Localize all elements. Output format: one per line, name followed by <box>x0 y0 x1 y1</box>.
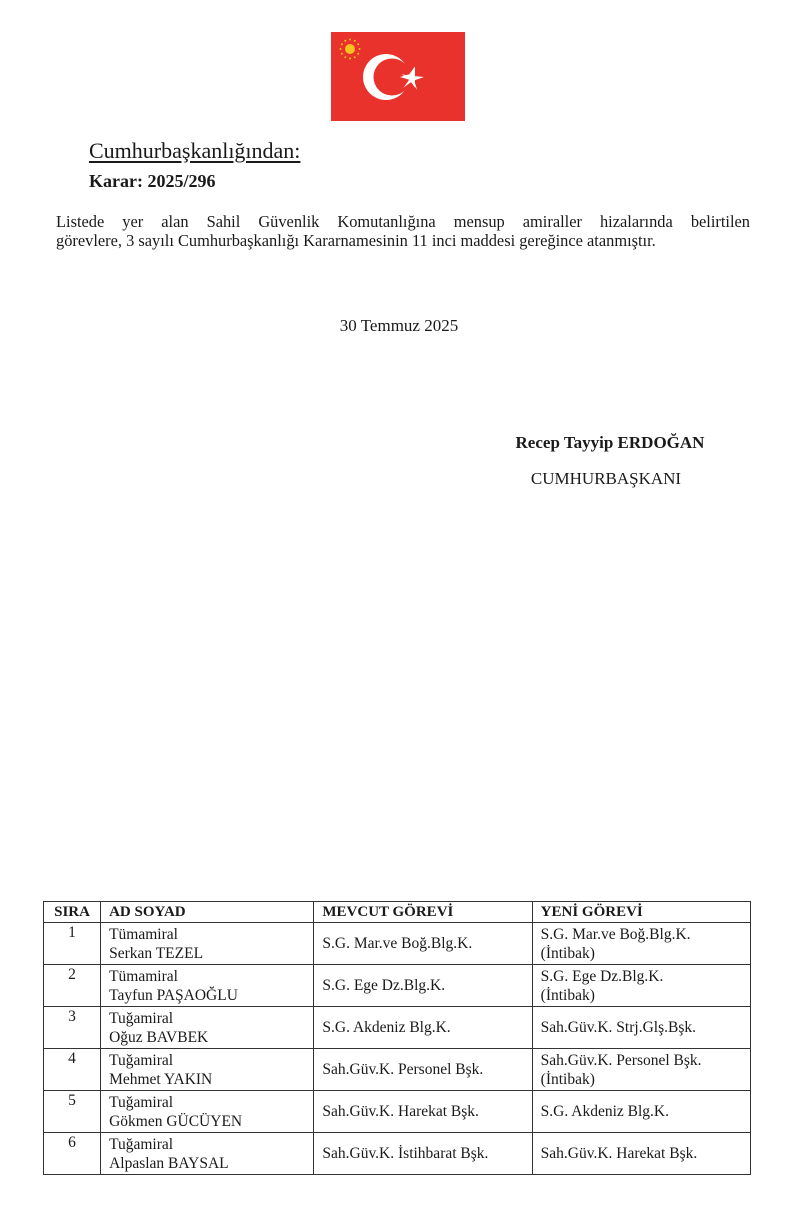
signer-title: CUMHURBAŞKANI <box>476 469 736 489</box>
header-ad-soyad: AD SOYAD <box>101 902 314 923</box>
officer-name: Mehmet YAKIN <box>109 1070 305 1089</box>
decision-number: Karar: 2025/296 <box>89 171 215 192</box>
table-row: 4 TuğamiralMehmet YAKIN Sah.Güv.K. Perso… <box>44 1049 751 1091</box>
officer-rank: Tuğamiral <box>109 1009 305 1028</box>
table-row: 5 TuğamiralGökmen GÜCÜYEN Sah.Güv.K. Har… <box>44 1091 751 1133</box>
officer-name: Tayfun PAŞAOĞLU <box>109 986 305 1005</box>
new-duty-note: (İntibak) <box>541 944 742 963</box>
row-number: 5 <box>44 1091 101 1133</box>
officer-name: Serkan TEZEL <box>109 944 305 963</box>
current-duty: Sah.Güv.K. Personel Bşk. <box>314 1049 532 1091</box>
officer-rank: Tümamiral <box>109 967 305 986</box>
officer-cell: TümamiralTayfun PAŞAOĞLU <box>101 965 314 1007</box>
header-sira: SIRA <box>44 902 101 923</box>
current-duty: S.G. Akdeniz Blg.K. <box>314 1007 532 1049</box>
new-duty-cell: S.G. Mar.ve Boğ.Blg.K.(İntibak) <box>532 923 750 965</box>
turkish-flag-icon <box>331 32 465 121</box>
current-duty: S.G. Mar.ve Boğ.Blg.K. <box>314 923 532 965</box>
officer-name: Gökmen GÜCÜYEN <box>109 1112 305 1131</box>
new-duty-cell: Sah.Güv.K. Strj.Glş.Bşk. <box>532 1007 750 1049</box>
table-row: 1 TümamiralSerkan TEZEL S.G. Mar.ve Boğ.… <box>44 923 751 965</box>
row-number: 1 <box>44 923 101 965</box>
new-duty: S.G. Mar.ve Boğ.Blg.K. <box>541 925 742 944</box>
officer-cell: TümamiralSerkan TEZEL <box>101 923 314 965</box>
row-number: 3 <box>44 1007 101 1049</box>
body-line-2: görevlere, 3 sayılı Cumhurbaşkanlığı Kar… <box>56 231 750 250</box>
table-header-row: SIRA AD SOYAD MEVCUT GÖREVİ YENİ GÖREVİ <box>44 902 751 923</box>
current-duty: Sah.Güv.K. İstihbarat Bşk. <box>314 1133 532 1175</box>
header-yeni-gorevi: YENİ GÖREVİ <box>532 902 750 923</box>
table-row: 3 TuğamiralOğuz BAVBEK S.G. Akdeniz Blg.… <box>44 1007 751 1049</box>
new-duty: S.G. Akdeniz Blg.K. <box>541 1102 742 1121</box>
new-duty-cell: S.G. Ege Dz.Blg.K.(İntibak) <box>532 965 750 1007</box>
row-number: 6 <box>44 1133 101 1175</box>
officer-rank: Tuğamiral <box>109 1093 305 1112</box>
new-duty: Sah.Güv.K. Strj.Glş.Bşk. <box>541 1018 742 1037</box>
decision-date: 30 Temmuz 2025 <box>0 316 798 336</box>
table-row: 2 TümamiralTayfun PAŞAOĞLU S.G. Ege Dz.B… <box>44 965 751 1007</box>
issuing-authority-heading: Cumhurbaşkanlığından: <box>89 138 300 164</box>
row-number: 2 <box>44 965 101 1007</box>
signer-name: Recep Tayyip ERDOĞAN <box>480 433 740 453</box>
new-duty-note: (İntibak) <box>541 1070 742 1089</box>
officer-rank: Tuğamiral <box>109 1135 305 1154</box>
header-mevcut-gorevi: MEVCUT GÖREVİ <box>314 902 532 923</box>
new-duty: S.G. Ege Dz.Blg.K. <box>541 967 742 986</box>
officer-cell: TuğamiralMehmet YAKIN <box>101 1049 314 1091</box>
new-duty-cell: Sah.Güv.K. Personel Bşk.(İntibak) <box>532 1049 750 1091</box>
new-duty-cell: Sah.Güv.K. Harekat Bşk. <box>532 1133 750 1175</box>
new-duty: Sah.Güv.K. Harekat Bşk. <box>541 1144 742 1163</box>
officer-cell: TuğamiralAlpaslan BAYSAL <box>101 1133 314 1175</box>
new-duty-cell: S.G. Akdeniz Blg.K. <box>532 1091 750 1133</box>
officer-rank: Tümamiral <box>109 925 305 944</box>
officer-name: Alpaslan BAYSAL <box>109 1154 305 1173</box>
officer-rank: Tuğamiral <box>109 1051 305 1070</box>
current-duty: S.G. Ege Dz.Blg.K. <box>314 965 532 1007</box>
new-duty-note: (İntibak) <box>541 986 742 1005</box>
table-row: 6 TuğamiralAlpaslan BAYSAL Sah.Güv.K. İs… <box>44 1133 751 1175</box>
officer-cell: TuğamiralOğuz BAVBEK <box>101 1007 314 1049</box>
appointments-table: SIRA AD SOYAD MEVCUT GÖREVİ YENİ GÖREVİ … <box>43 901 751 1175</box>
current-duty: Sah.Güv.K. Harekat Bşk. <box>314 1091 532 1133</box>
row-number: 4 <box>44 1049 101 1091</box>
new-duty: Sah.Güv.K. Personel Bşk. <box>541 1051 742 1070</box>
decision-body-text: Listede yer alan Sahil Güvenlik Komutanl… <box>56 212 750 250</box>
officer-name: Oğuz BAVBEK <box>109 1028 305 1047</box>
officer-cell: TuğamiralGökmen GÜCÜYEN <box>101 1091 314 1133</box>
body-line-1: Listede yer alan Sahil Güvenlik Komutanl… <box>56 212 750 231</box>
